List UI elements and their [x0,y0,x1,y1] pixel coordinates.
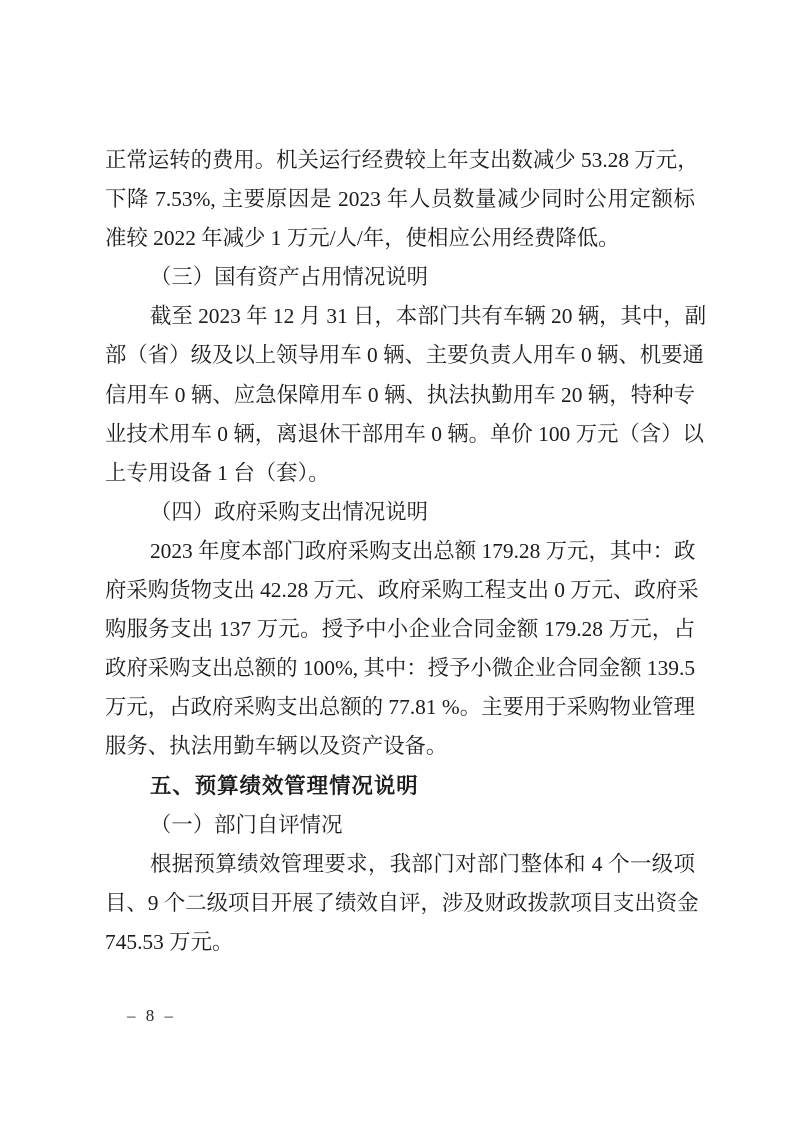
text-line: 正常运转的费用。机关运行经费较上年支出数减少 53.28 万元， [105,141,695,180]
text-line: 业技术用车 0 辆，离退休干部用车 0 辆。单价 100 万元（含）以 [105,415,695,454]
text-line: 上专用设备 1 台（套）。 [105,454,695,493]
text-line: 截至 2023 年 12 月 31 日，本部门共有车辆 20 辆，其中，副 [105,297,695,336]
text-line: 目、9 个二级项目开展了绩效自评，涉及财政拨款项目支出资金 [105,884,695,923]
text-line: 政府采购支出总额的 100%, 其中：授予小微企业合同金额 139.5 [105,649,695,688]
text-line: 准较 2022 年减少 1 万元/人/年，使相应公用经费降低。 [105,219,695,258]
text-line: 府采购货物支出 42.28 万元、政府采购工程支出 0 万元、政府采 [105,571,695,610]
text-line: 信用车 0 辆、应急保障用车 0 辆、执法执勤用车 20 辆，特种专 [105,376,695,415]
page-number: – 8 – [127,1005,176,1027]
text-line: 745.53 万元。 [105,923,695,962]
document-page: 正常运转的费用。机关运行经费较上年支出数减少 53.28 万元， 下降 7.53… [0,0,795,1123]
document-body: 正常运转的费用。机关运行经费较上年支出数减少 53.28 万元， 下降 7.53… [105,141,695,962]
heading-budget-performance: 五、预算绩效管理情况说明 [105,767,695,806]
heading-self-evaluation: （一）部门自评情况 [105,806,695,845]
text-line: 服务、执法用勤车辆以及资产设备。 [105,727,695,766]
text-line: 万元，占政府采购支出总额的 77.81 %。主要用于采购物业管理 [105,688,695,727]
heading-state-assets: （三）国有资产占用情况说明 [105,258,695,297]
text-line: 购服务支出 137 万元。授予中小企业合同金额 179.28 万元，占 [105,610,695,649]
heading-gov-procurement: （四）政府采购支出情况说明 [105,493,695,532]
text-line: 根据预算绩效管理要求，我部门对部门整体和 4 个一级项 [105,845,695,884]
text-line: 下降 7.53%, 主要原因是 2023 年人员数量减少同时公用定额标 [105,180,695,219]
text-line: 部（省）级及以上领导用车 0 辆、主要负责人用车 0 辆、机要通 [105,336,695,375]
text-line: 2023 年度本部门政府采购支出总额 179.28 万元，其中：政 [105,532,695,571]
